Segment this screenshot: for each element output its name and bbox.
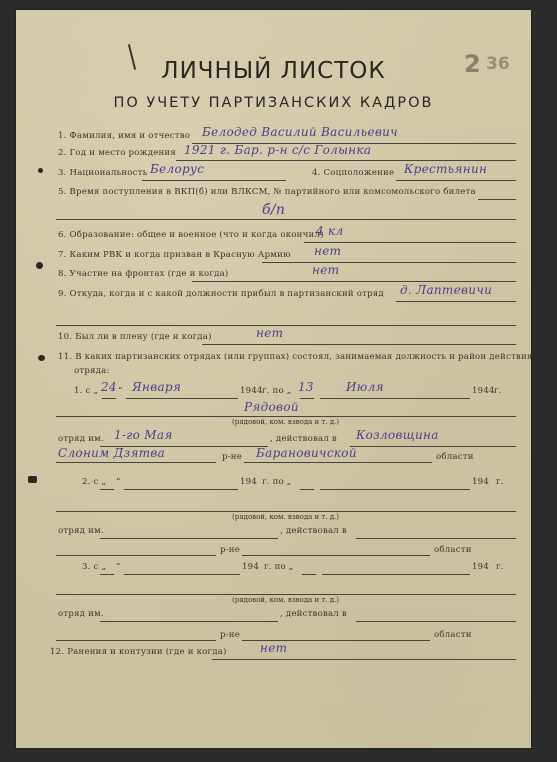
entry-2-unit-line[interactable] bbox=[100, 538, 278, 539]
field-2-value[interactable]: 1921 г. Бар. р-н с/с Голынка bbox=[184, 143, 371, 157]
unit-label: отряд им. bbox=[58, 526, 104, 536]
entry-1-region-line bbox=[244, 462, 432, 463]
field-10-line bbox=[202, 344, 516, 345]
entry-2-from-month-line[interactable] bbox=[124, 489, 238, 490]
field-1-value[interactable]: Белодед Василий Васильевич bbox=[202, 125, 398, 139]
field-9-label: 9. Откуда, когда и с какой должности при… bbox=[58, 289, 384, 299]
entry-1-acted-line bbox=[350, 446, 516, 447]
field-7-label: 7. Каким РВК и когда призван в Красную А… bbox=[58, 250, 291, 260]
entry-1-from-year[interactable]: 1944 bbox=[240, 386, 263, 396]
field-4-value[interactable]: Крестьянин bbox=[404, 162, 487, 176]
position-hint: (рядовой, ком. взвода и т. д.) bbox=[232, 513, 339, 521]
field-8-value[interactable]: нет bbox=[312, 263, 339, 277]
field-3-value[interactable]: Белорус bbox=[150, 162, 204, 176]
entry-1-position-line bbox=[56, 416, 516, 417]
entry-1-to-month-line bbox=[320, 398, 470, 399]
field-6-line bbox=[304, 242, 516, 243]
field-12-line bbox=[212, 659, 516, 660]
field-9-line-b bbox=[56, 325, 516, 326]
field-12-value[interactable]: нет bbox=[260, 641, 287, 655]
entry-2-acted-line[interactable] bbox=[356, 538, 516, 539]
entry-1-to-month[interactable]: Июля bbox=[346, 380, 384, 394]
entry-1-unit[interactable]: 1-го Мая bbox=[114, 428, 173, 442]
entry-3-from-month-line[interactable] bbox=[124, 574, 240, 575]
entry-3-position-line[interactable] bbox=[56, 594, 516, 595]
entry-3-unit-line[interactable] bbox=[100, 621, 278, 622]
entry-2-region-line[interactable] bbox=[242, 555, 430, 556]
entry-3-to-month-line[interactable] bbox=[322, 574, 470, 575]
year-suffix: г. bbox=[494, 386, 502, 396]
entry-3-acted-line[interactable] bbox=[356, 621, 516, 622]
entry-1-from-day-line bbox=[102, 398, 116, 399]
field-4-label: 4. Соцположение bbox=[312, 168, 394, 178]
entry-2-to-month-line[interactable] bbox=[320, 489, 470, 490]
entry-1-district[interactable]: Слоним Дзятва bbox=[58, 446, 165, 460]
quote-mark: “ bbox=[118, 386, 123, 396]
entry-2-from-year: 194 bbox=[240, 477, 257, 487]
entry-3-to-day-line[interactable] bbox=[302, 574, 316, 575]
region-label: области bbox=[434, 545, 472, 555]
entry-1-from-month[interactable]: Января bbox=[132, 380, 181, 394]
entry-1-acted-in[interactable]: Козловщина bbox=[356, 428, 439, 442]
ink-spot bbox=[38, 355, 45, 361]
field-7-line bbox=[262, 262, 516, 263]
to-label: г. по „ bbox=[264, 562, 293, 572]
entry-1-from-month-line bbox=[126, 398, 238, 399]
entry-3-district-line[interactable] bbox=[56, 640, 216, 641]
field-5-line-a bbox=[478, 199, 516, 200]
field-8-label: 8. Участие на фронтах (где и когда) bbox=[58, 269, 228, 279]
district-label: р-не bbox=[222, 452, 242, 462]
unit-label: отряд им. bbox=[58, 434, 104, 444]
field-1-label: 1. Фамилия, имя и отчество bbox=[58, 131, 190, 141]
field-11-label-cont: отряда: bbox=[74, 366, 110, 376]
year-suffix: г. bbox=[496, 477, 504, 487]
entry-3-from-day-line[interactable] bbox=[100, 574, 114, 575]
field-3-label: 3. Национальность bbox=[58, 168, 148, 178]
field-11-label: 11. В каких партизанских отрядах (или гр… bbox=[58, 352, 533, 362]
quote-mark: “ bbox=[116, 477, 121, 487]
year-suffix: г. bbox=[496, 562, 504, 572]
quote-mark: “ bbox=[116, 562, 121, 572]
region-label: области bbox=[434, 630, 472, 640]
field-5-line-b bbox=[56, 219, 516, 220]
entry-2-from-day-line[interactable] bbox=[100, 489, 114, 490]
entry-1-to-day[interactable]: 13 bbox=[298, 380, 314, 394]
field-10-value[interactable]: нет bbox=[256, 326, 283, 340]
ink-spot bbox=[36, 262, 43, 269]
field-7-value[interactable]: нет bbox=[314, 244, 341, 258]
district-label: р-не bbox=[220, 630, 240, 640]
field-3-line bbox=[142, 180, 286, 181]
field-6-value[interactable]: 4 кл bbox=[316, 224, 343, 238]
document-title: ЛИЧНЫЙ ЛИСТОК bbox=[16, 58, 531, 84]
field-5-value[interactable]: б/п bbox=[262, 202, 285, 218]
entry-3-from-year: 194 bbox=[242, 562, 259, 572]
entry-1-position[interactable]: Рядовой bbox=[244, 400, 299, 414]
ink-spot bbox=[38, 168, 43, 173]
acted-label: , действовал в bbox=[280, 609, 347, 619]
entry-2-to-day-line[interactable] bbox=[300, 489, 314, 490]
entry-1-from-day[interactable]: 24 bbox=[101, 380, 117, 394]
document-subtitle: ПО УЧЕТУ ПАРТИЗАНСКИХ КАДРОВ bbox=[16, 95, 531, 111]
entry-3-number: 3. с „ bbox=[82, 562, 106, 572]
unit-label: отряд им. bbox=[58, 609, 104, 619]
field-4-line bbox=[396, 180, 516, 181]
field-9-value[interactable]: д. Лаптевичи bbox=[400, 283, 492, 297]
entry-2-position-line[interactable] bbox=[56, 511, 516, 512]
district-label: р-не bbox=[220, 545, 240, 555]
position-hint: (рядовой, ком. взвода и т. д.) bbox=[232, 418, 339, 426]
acted-label: , действовал в bbox=[270, 434, 337, 444]
field-2-label: 2. Год и место рождения bbox=[58, 148, 176, 158]
region-label: области bbox=[436, 452, 474, 462]
field-2-line bbox=[176, 160, 516, 161]
to-label: г. по „ bbox=[262, 477, 291, 487]
to-label: г. по „ bbox=[262, 386, 291, 396]
ink-spot bbox=[28, 476, 37, 483]
entry-3-to-year: 194 bbox=[472, 562, 489, 572]
document-sheet: 2 36 ЛИЧНЫЙ ЛИСТОК ПО УЧЕТУ ПАРТИЗАНСКИХ… bbox=[16, 10, 531, 748]
field-9-line-a bbox=[396, 301, 516, 302]
entry-2-number: 2. с „ bbox=[82, 477, 106, 487]
entry-1-to-year[interactable]: 1944 bbox=[472, 386, 495, 396]
field-10-label: 10. Был ли в плену (где и когда) bbox=[58, 332, 212, 342]
field-12-label: 12. Ранения и контузии (где и когда) bbox=[50, 647, 227, 657]
entry-2-to-year: 194 bbox=[472, 477, 489, 487]
field-6-label: 6. Образование: общее и военное (что и к… bbox=[58, 230, 324, 240]
field-8-line bbox=[192, 281, 516, 282]
entry-1-number: 1. с „ bbox=[74, 386, 98, 396]
entry-1-region[interactable]: Барановичской bbox=[256, 446, 357, 460]
field-5-label: 5. Время поступления в ВКП(б) или ВЛКСМ,… bbox=[58, 187, 476, 197]
entry-1-district-line bbox=[56, 462, 216, 463]
acted-label: , действовал в bbox=[280, 526, 347, 536]
entry-2-district-line[interactable] bbox=[56, 555, 216, 556]
entry-1-to-day-line bbox=[300, 398, 314, 399]
position-hint: (рядовой, ком. взвода и т. д.) bbox=[232, 596, 339, 604]
